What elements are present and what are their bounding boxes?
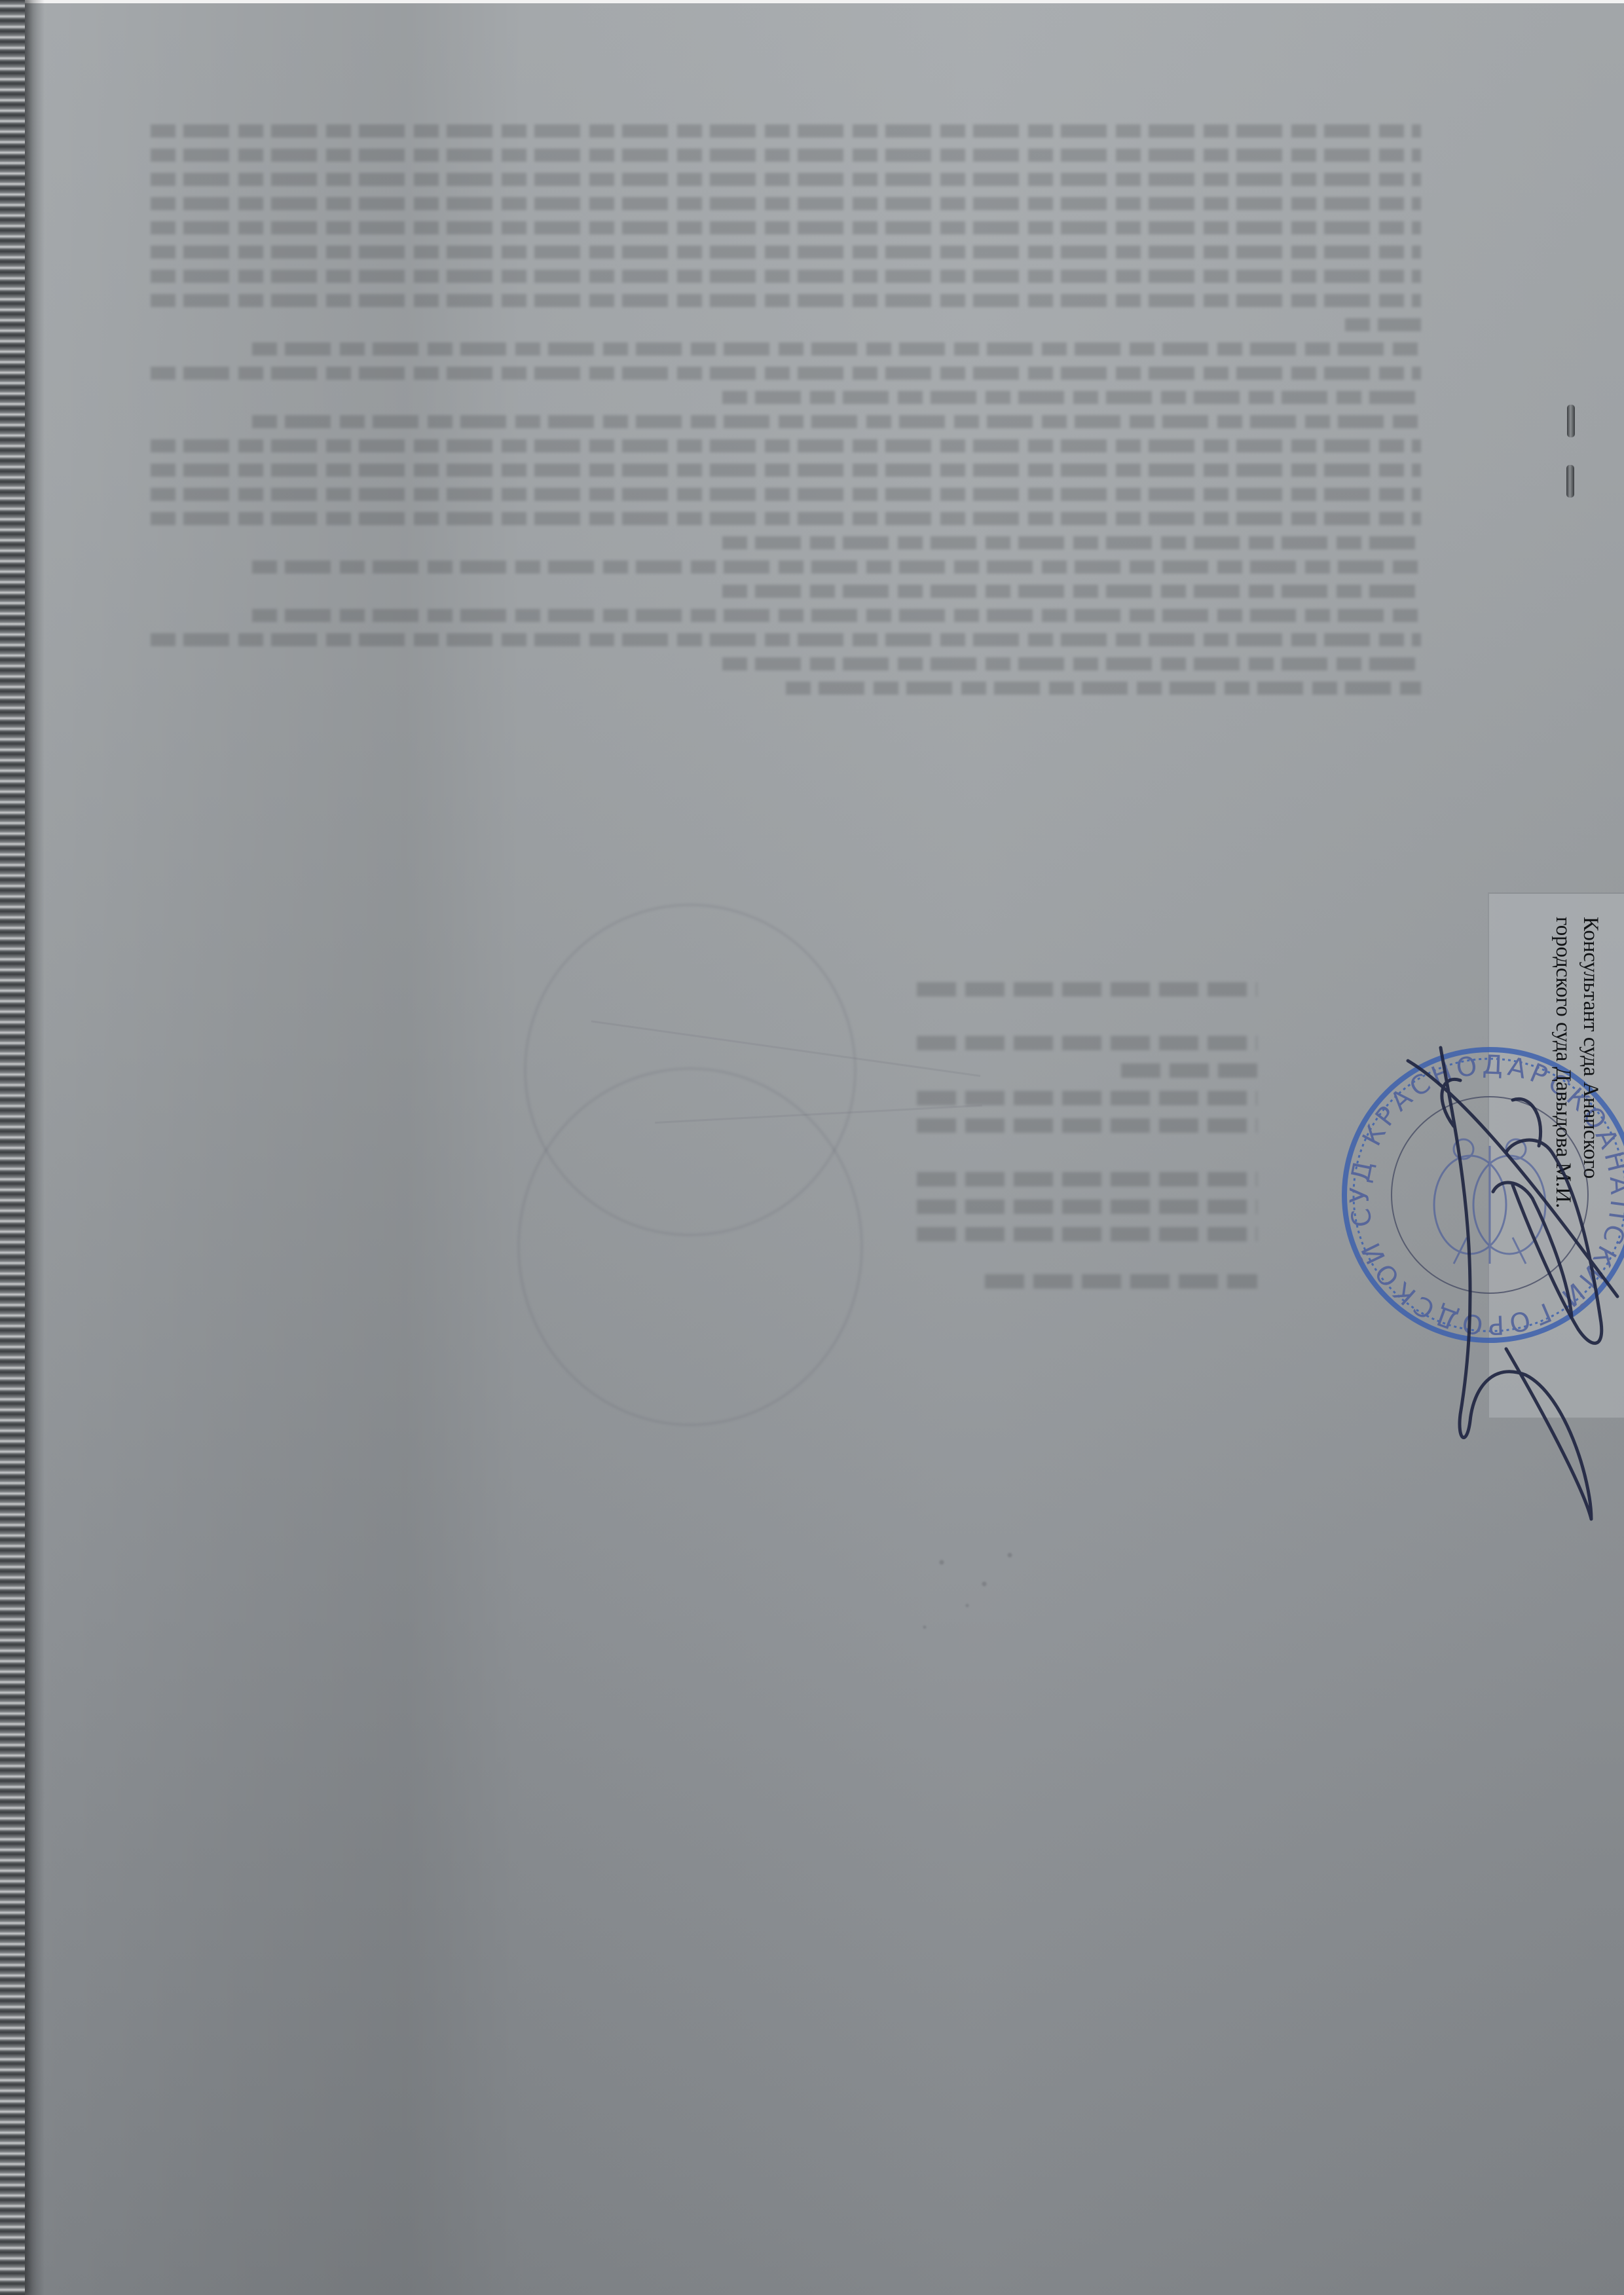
certification-line-2: городского суда Давыдова М.И. — [1549, 917, 1577, 1414]
bleed-through-signature-block — [917, 982, 1257, 1302]
bleed-through-text — [151, 124, 1421, 706]
staple — [1566, 465, 1574, 498]
binding-shadow — [25, 0, 45, 2295]
certification-line-1: Консультант суда Анапского — [1577, 917, 1604, 1414]
staple — [1567, 405, 1575, 437]
ghost-mark — [891, 1519, 1061, 1663]
paper-top-edge — [0, 0, 1624, 3]
spiral-binding — [0, 0, 25, 2295]
certification-text: Консультант суда Анапского городского су… — [1549, 917, 1604, 1414]
